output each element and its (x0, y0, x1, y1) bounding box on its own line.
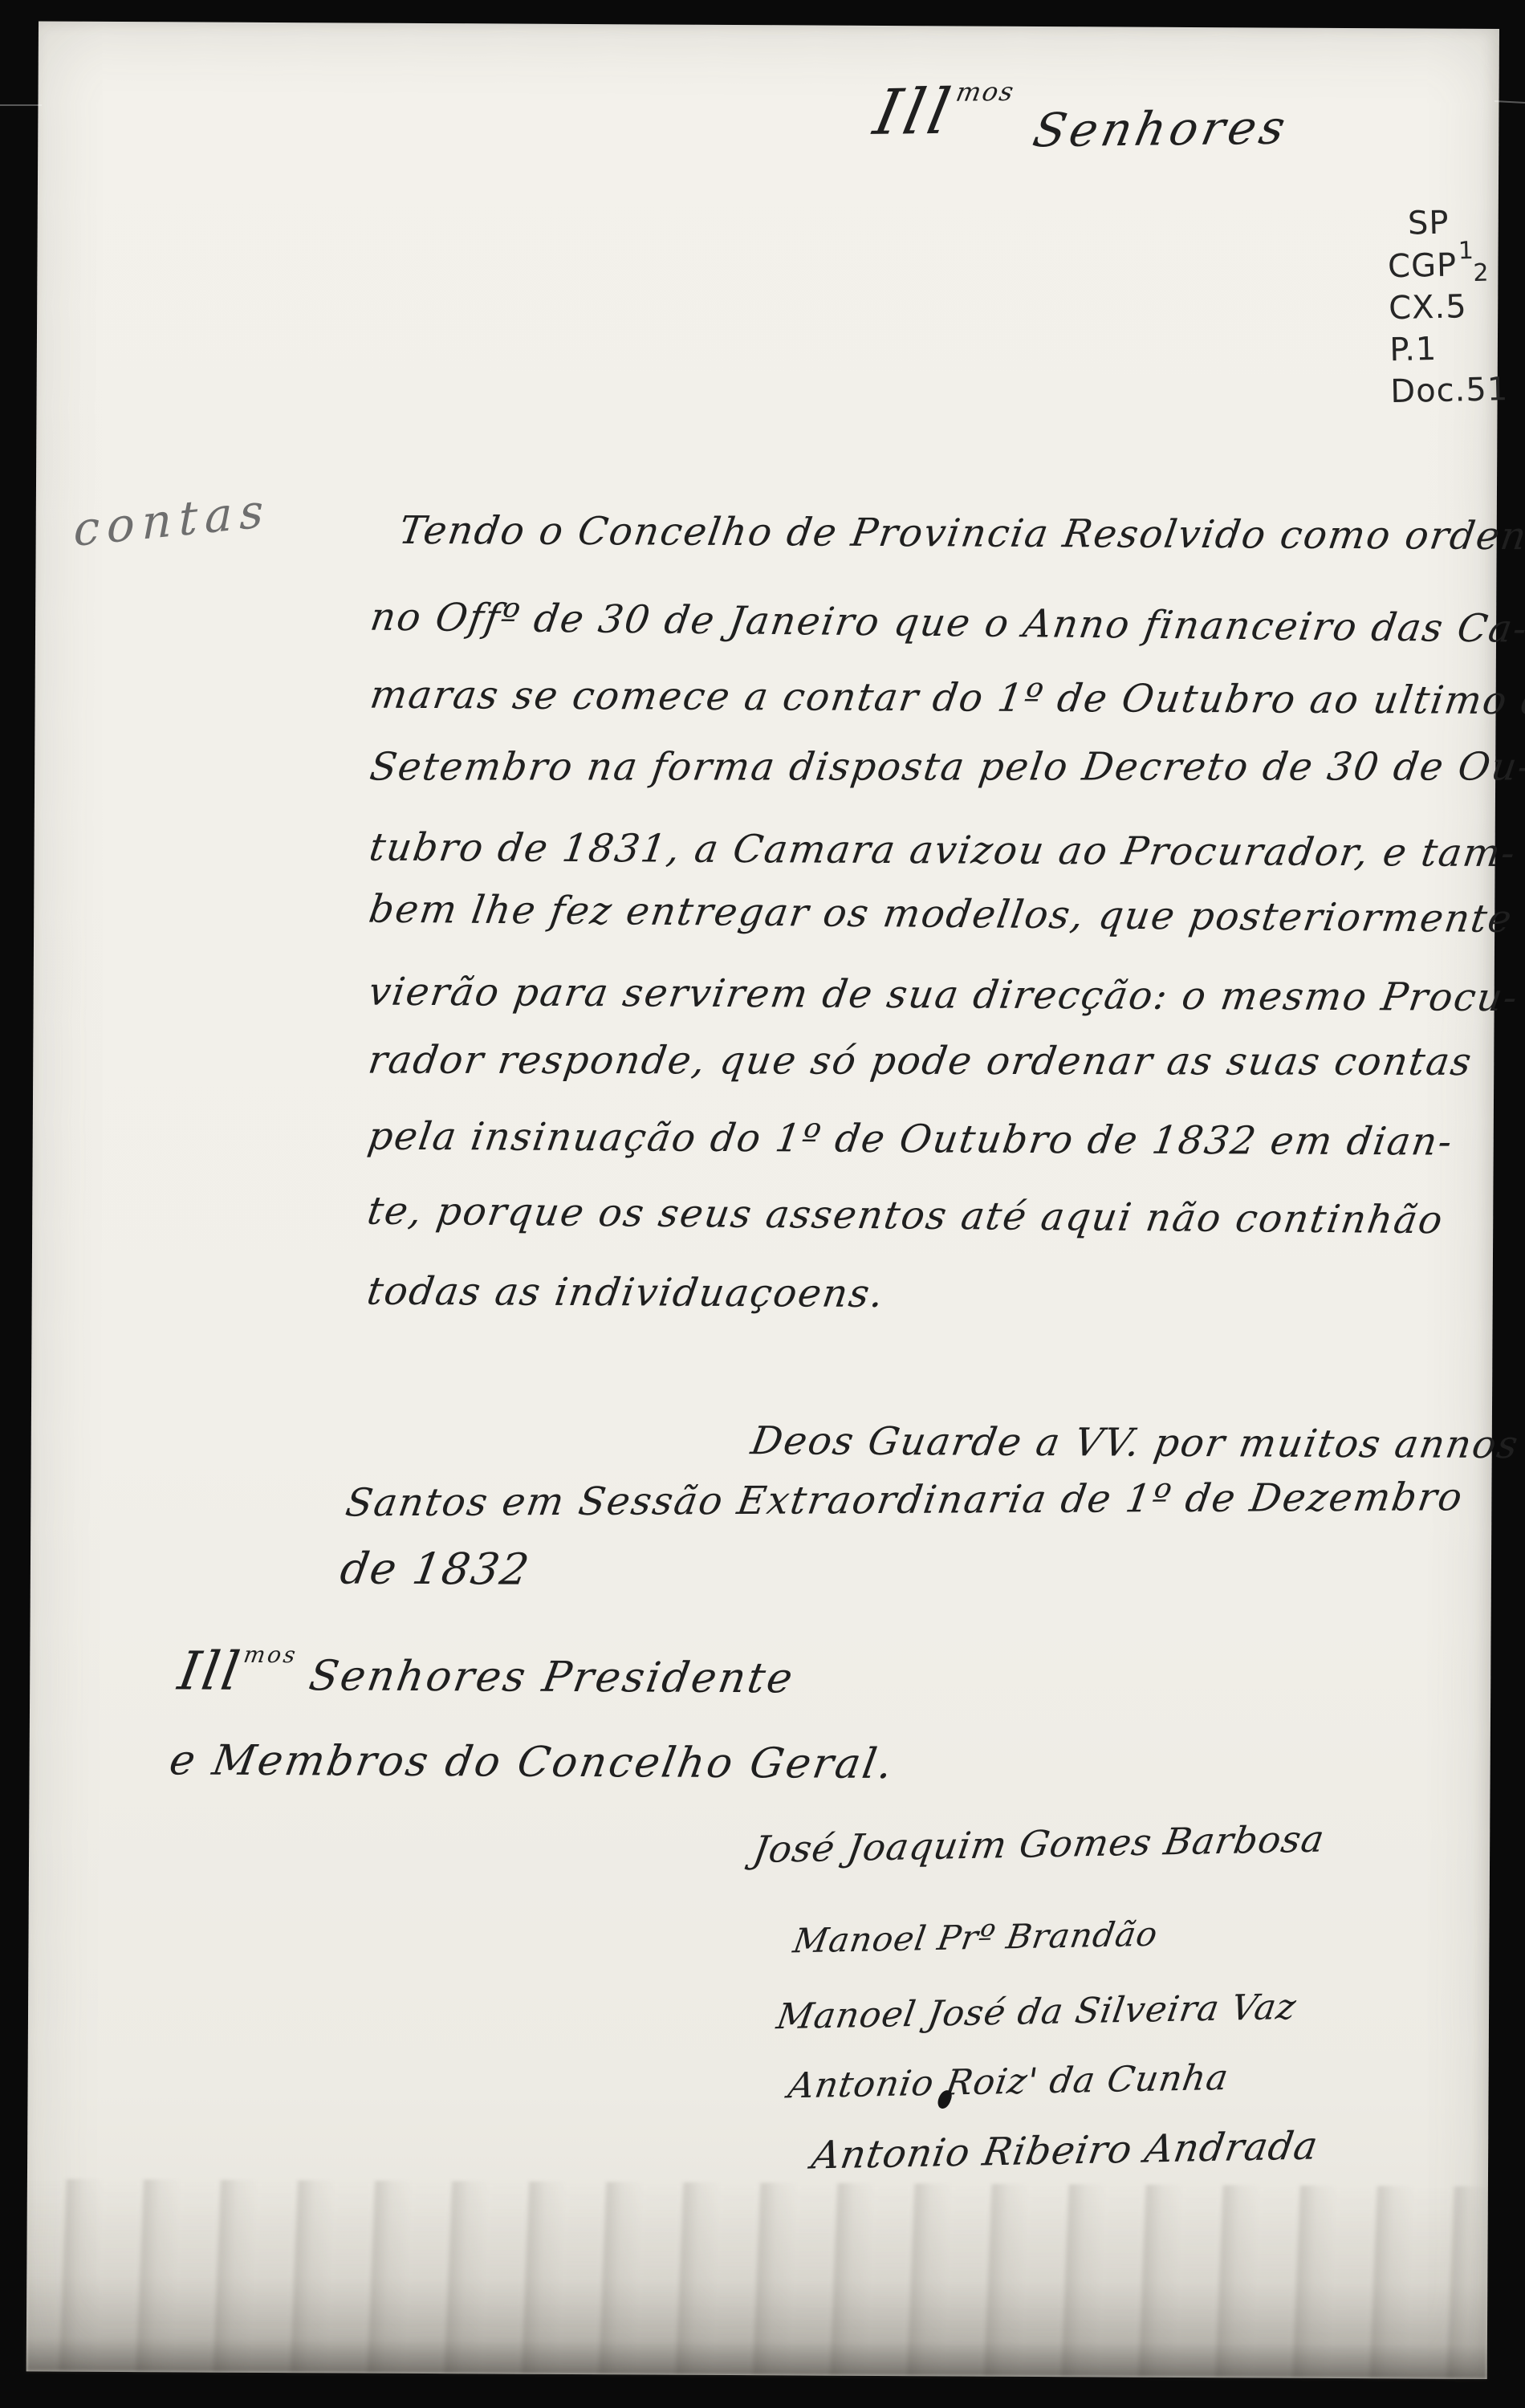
body-line-5: tubro de 1831, a Camara avizou ao Procur… (367, 825, 1519, 876)
closing-line-2: Santos em Sessão Extraordinaria de 1º de… (343, 1474, 1466, 1525)
document-scan-background: { "colors": { "background": "#0a0a0a", "… (0, 0, 1525, 2408)
margin-note-contas: contas (74, 482, 271, 557)
address-line-2: e Membros do Concelho Geral. (166, 1736, 898, 1788)
body-line-8: rador responde, que só pode ordenar as s… (365, 1038, 1475, 1084)
body-line-7: vierão para servirem de sua direcção: o … (366, 970, 1522, 1020)
body-line-4: Setembro na forma disposta pelo Decreto … (367, 745, 1525, 790)
signature-2: Manoel Prº Brandão (791, 1914, 1161, 1961)
archival-reference-block: SP CGP12 CX.5 P.1 Doc.51 (1386, 201, 1508, 413)
archival-cgp-prefix: CGP (1388, 246, 1458, 285)
signature-block: José Joaquim Gomes Barbosa Manoel Prº Br… (39, 21, 1499, 29)
address-line-1-text: Senhores Presidente (306, 1652, 798, 1702)
paper-sheet: IllmosSenhores SP CGP12 CX.5 P.1 Doc.51 … (26, 21, 1499, 2378)
scan-scratch-artifact-right (1494, 100, 1525, 104)
body-line-2: no Offº de 30 de Janeiro que o Anno fina… (368, 595, 1525, 652)
body-line-1: Tendo o Concelho de Provincia Resolvido … (396, 508, 1525, 559)
signature-5: Antonio Ribeiro Andrada (808, 2124, 1321, 2178)
closing-line-1: Deos Guarde a VV. por muitos annos (748, 1418, 1523, 1467)
archival-mark-sp: SP (1386, 201, 1505, 245)
body-line-3: maras se comece a contar do 1º de Outubr… (368, 673, 1525, 724)
signature-1: José Joaquim Gomes Barbosa (750, 1817, 1328, 1872)
address-abbreviation: Ill (174, 1640, 246, 1702)
closing-line-3: de 1832 (337, 1543, 534, 1594)
salutation-superscript: mos (954, 76, 1018, 108)
scan-scratch-artifact-left (0, 104, 42, 106)
body-line-9: pela insinuação do 1º de Outubro de 1832… (365, 1114, 1457, 1165)
salutation-abbreviation: Ill (868, 76, 960, 149)
archival-cgp-denominator: 2 (1473, 253, 1490, 295)
address-line-1: Illmos Senhores Presidente (174, 1640, 800, 1705)
salutation: IllmosSenhores (868, 72, 1299, 149)
letter-body: Tendo o Concelho de Provincia Resolvido … (39, 21, 1499, 29)
address-block: Illmos Senhores Presidente e Membros do … (39, 21, 1499, 29)
archival-cgp-fraction: 12 (1457, 242, 1493, 275)
body-line-11: todas as individuaçoens. (364, 1269, 888, 1316)
address-superscript: mos (242, 1641, 299, 1668)
closing-formula: Deos Guarde a VV. por muitos annos Santo… (39, 21, 1499, 29)
signature-4: Antonio Roiz' da Cunha (786, 2057, 1232, 2106)
body-line-10: te, porque os seus assentos até aqui não… (364, 1189, 1446, 1243)
signature-3: Manoel José da Silveira Vaz (774, 1987, 1299, 2037)
paper-bottom-smudge (26, 2178, 1488, 2379)
archival-mark-cgp: CGP12 (1388, 242, 1507, 287)
salutation-word: Senhores (1029, 100, 1294, 158)
body-line-6: bem lhe fez entregar os modellos, que po… (366, 887, 1516, 942)
archival-mark-doc: Doc.51 (1390, 368, 1509, 413)
archival-mark-p: P.1 (1389, 327, 1508, 371)
